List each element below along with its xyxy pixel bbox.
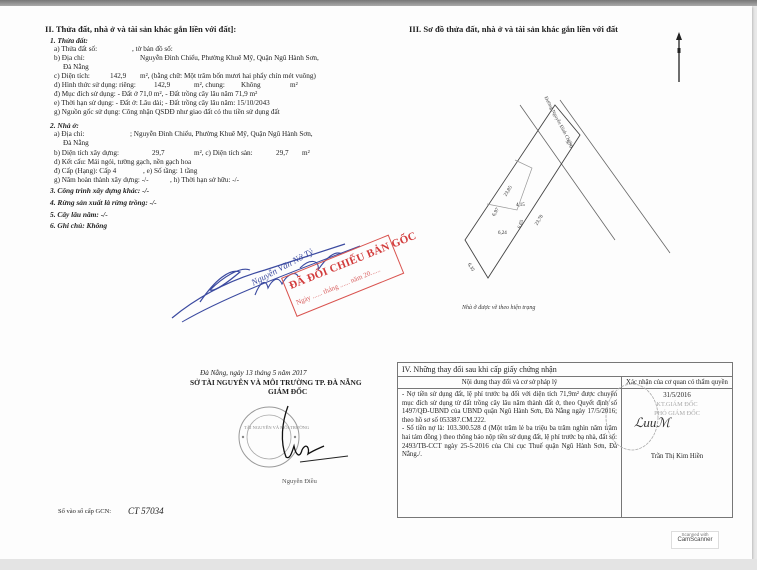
- house-build-area-label: b) Diện tích xây dựng:: [54, 149, 119, 158]
- other-construction: 3. Công trình xây dựng khác: -/-: [50, 186, 149, 195]
- signing-date: Đà Nẵng, ngày 13 tháng 5 năm 2017: [200, 369, 307, 378]
- land-map-number: , tờ bản đồ số:: [132, 45, 173, 54]
- land-area-words: m², (bằng chữ: Một trăm bốn mươi hai phẩ…: [140, 72, 316, 81]
- confirm-signer: Trần Thị Kim Hiền: [626, 452, 728, 461]
- dim-house-top: 4,15: [516, 203, 525, 208]
- issuing-organization: SỞ TÀI NGUYÊN VÀ MÔI TRƯỜNG TP. ĐÀ NẴNG: [190, 378, 362, 387]
- house-structure: d) Kết cấu: Mái ngói, tường gạch, nền gạ…: [54, 158, 191, 167]
- change-entry-1: - Nợ tiền sử dụng đất, lệ phí trước bạ đ…: [402, 391, 617, 425]
- parcel-diagram: [430, 70, 690, 310]
- land-use-common-unit: m²: [290, 81, 298, 90]
- dim-house-bottom: 6,24: [498, 231, 507, 236]
- house-address-city: Đà Nẵng: [63, 139, 89, 148]
- signer-role: GIÁM ĐỐC: [268, 387, 307, 396]
- perennial-trees: 5. Cây lâu năm: -/-: [50, 210, 108, 219]
- land-purpose: đ) Mục đích sử dụng: - Đất ở 71,0 m², - …: [54, 90, 257, 99]
- notes: 6. Ghi chú: Không: [50, 221, 107, 230]
- land-heading: 1. Thửa đất:: [50, 36, 88, 45]
- changes-table: IV. Những thay đổi sau khi cấp giấy chứn…: [397, 362, 733, 518]
- director-name: Nguyễn Điều: [282, 478, 317, 485]
- camscanner-line2: CamScanner: [672, 537, 718, 543]
- land-address-value: Nguyễn Đình Chiểu, Phường Khuê Mỹ, Quận …: [140, 54, 319, 63]
- house-year-built: g) Năm hoàn thành xây dựng: -/-: [54, 176, 149, 185]
- land-address-city: Đà Nẵng: [63, 63, 89, 72]
- house-floor-area: 29,7: [276, 149, 289, 158]
- section-iii-title: III. Sơ đồ thửa đất, nhà ở và tài sản kh…: [409, 24, 618, 34]
- col-change-content: Nội dung thay đổi và cơ sở pháp lý: [398, 377, 622, 389]
- land-parcel-number: a) Thửa đất số:: [54, 45, 97, 54]
- house-address-value: ; Nguyễn Đình Chiểu, Phường Khuê Mỹ, Quậ…: [130, 130, 313, 139]
- house-heading: 2. Nhà ở:: [50, 121, 79, 130]
- house-floors: , e) Số tầng: 1 tầng: [143, 167, 197, 176]
- cert-number-label: Số vào sổ cấp GCN:: [58, 508, 111, 515]
- production-forest: 4. Rừng sản xuất là rừng trồng: -/-: [50, 198, 157, 207]
- table-seal: [604, 382, 660, 452]
- land-area-label: c) Diện tích:: [54, 72, 90, 81]
- land-use-common: Không: [241, 81, 261, 90]
- camscanner-badge: Scanned with CamScanner: [671, 531, 719, 549]
- land-area-value: 142,9: [110, 72, 126, 81]
- director-signature: [280, 402, 350, 462]
- section-ii-title: II. Thửa đất, nhà ở và tài sản khác gắn …: [45, 24, 236, 34]
- land-use-common-label: m², chung:: [194, 81, 225, 90]
- land-origin: g) Nguồn gốc sử dụng: Công nhận QSDĐ như…: [54, 108, 280, 117]
- land-use-private: 142,9: [154, 81, 170, 90]
- section-iv-title: IV. Những thay đổi sau khi cấp giấy chứn…: [398, 363, 733, 377]
- diagram-note: Nhà ở được vẽ theo hiện trạng: [462, 305, 535, 311]
- house-address-label: a) Địa chỉ:: [54, 130, 84, 139]
- change-entry-2: - Số tiền nợ là: 103.300.528 đ (Một trăm…: [402, 425, 617, 459]
- land-term: e) Thời hạn sử dụng: - Đất ở: Lâu dài; -…: [54, 99, 270, 108]
- bottom-border: [0, 559, 757, 570]
- house-grade: đ) Cấp (Hạng): Cấp 4: [54, 167, 116, 176]
- land-address-label: b) Địa chỉ:: [54, 54, 85, 63]
- land-use-form-label: d) Hình thức sử dụng: riêng:: [54, 81, 136, 90]
- house-build-area: 29,7: [152, 149, 165, 158]
- house-floor-area-label: m², c) Diện tích sàn:: [194, 149, 253, 158]
- house-floor-area-unit: m²: [302, 149, 310, 158]
- house-ownership-term: , h) Thời hạn sở hữu: -/-: [170, 176, 239, 185]
- cert-number-value: CT 57034: [128, 506, 164, 516]
